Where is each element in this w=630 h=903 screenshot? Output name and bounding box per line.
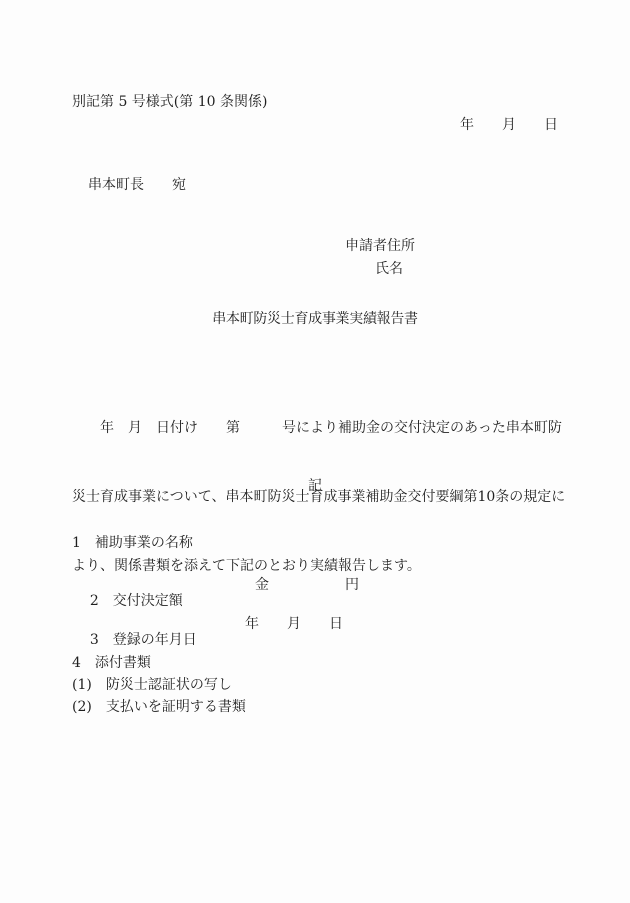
body-line-3: より、関係書類を添えて下記のとおり実績報告します。 — [72, 555, 572, 578]
item-registration-date-label: 3 登録の年月日 — [90, 632, 197, 648]
date-placeholder: 年 月 日 — [460, 117, 558, 133]
body-line-1: 年 月 日付け 第 号により補助金の交付決定のあった串本町防 — [72, 417, 572, 440]
registration-date-placeholder: 年 月 日 — [245, 616, 343, 632]
grant-amount-prefix: 金 — [255, 577, 269, 593]
item-attachments: 4 添付書類 — [72, 655, 151, 671]
addressee: 串本町長 宛 — [88, 177, 186, 193]
form-number: 別記第 5 号様式(第 10 条関係) — [72, 94, 267, 110]
grant-amount-suffix: 円 — [345, 577, 359, 593]
applicant-address-label: 申請者住所 — [345, 238, 415, 254]
item-project-name: 1 補助事業の名称 — [72, 535, 193, 551]
attachment-item-1: (1) 防災士認証状の写し — [72, 677, 232, 693]
document-title: 串本町防災士育成事業実績報告書 — [0, 311, 630, 327]
report-form-page: 別記第 5 号様式(第 10 条関係) 年 月 日 串本町長 宛 申請者住所 氏… — [0, 0, 630, 903]
ki-marker: 記 — [0, 478, 630, 494]
applicant-name-label: 氏名 — [375, 261, 403, 277]
item-grant-amount-label: 2 交付決定額 — [90, 593, 183, 609]
attachment-item-2: (2) 支払いを証明する書類 — [72, 699, 246, 715]
